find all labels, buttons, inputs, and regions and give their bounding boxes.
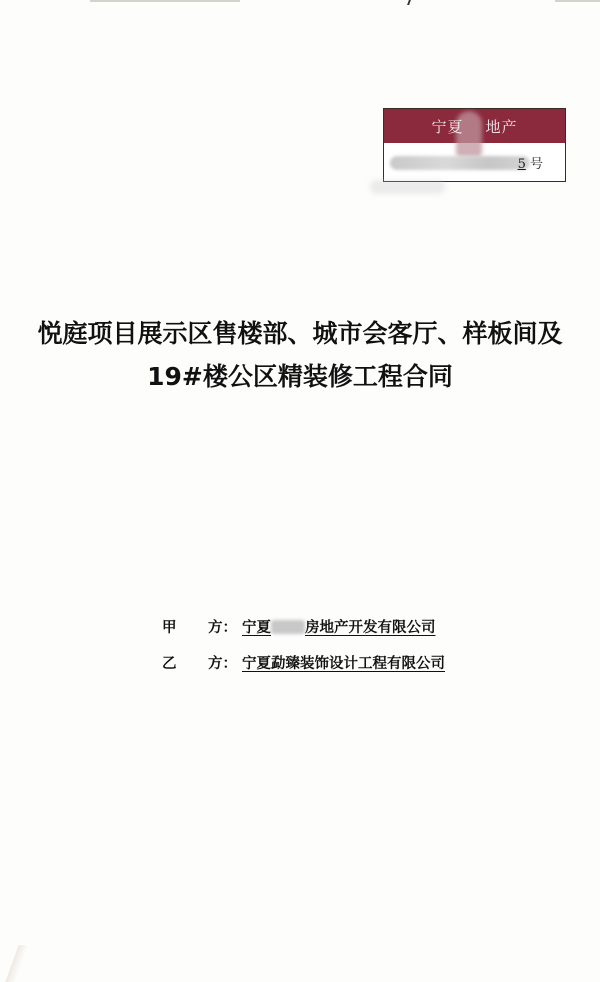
scan-edge-mark	[90, 0, 240, 2]
scan-edge-mark	[555, 0, 600, 2]
party-b: 乙 方： 宁夏勐臻装饰设计工程有限公司	[162, 652, 450, 688]
document-title: 悦庭项目展示区售楼部、城市会客厅、样板间及 19#楼公区精装修工程合同	[0, 312, 600, 398]
party-a-label: 方：	[208, 616, 242, 637]
stamp-number: 5 号	[518, 153, 543, 172]
party-a-name: 宁夏房地产开发有限公司	[242, 616, 450, 637]
stamp-header-text: 宁夏地产	[431, 116, 517, 137]
contract-parties: 甲 方： 宁夏房地产开发有限公司 乙 方： 宁夏勐臻装饰设计工程有限公司	[162, 616, 450, 688]
stamp-body: 5 号	[384, 143, 565, 181]
title-line-1: 悦庭项目展示区售楼部、城市会客厅、样板间及	[0, 312, 600, 355]
party-b-name: 宁夏勐臻装饰设计工程有限公司	[242, 652, 445, 673]
stamp-header-prefix: 宁夏	[431, 118, 463, 136]
stamp-header-suffix: 地产	[486, 118, 518, 136]
party-a-name-prefix: 宁夏	[242, 620, 271, 636]
stamp-header: 宁夏地产	[384, 109, 565, 143]
party-b-label: 方：	[208, 652, 242, 673]
redaction-blur	[271, 620, 305, 634]
party-a: 甲 方： 宁夏房地产开发有限公司	[162, 616, 450, 652]
pen-mark	[407, 0, 411, 5]
party-a-role: 甲	[162, 616, 208, 637]
page-curl-shadow	[5, 945, 28, 982]
party-a-name-suffix: 房地产开发有限公司	[305, 620, 436, 636]
redaction-blur	[390, 156, 530, 170]
redaction-smudge	[370, 180, 445, 194]
stamp-number-value: 5	[518, 157, 526, 172]
party-b-role: 乙	[162, 652, 208, 673]
stamp-box: 宁夏地产 5 号	[383, 108, 566, 182]
stamp-number-suffix: 号	[530, 157, 543, 172]
title-line-2: 19#楼公区精装修工程合同	[0, 355, 600, 398]
